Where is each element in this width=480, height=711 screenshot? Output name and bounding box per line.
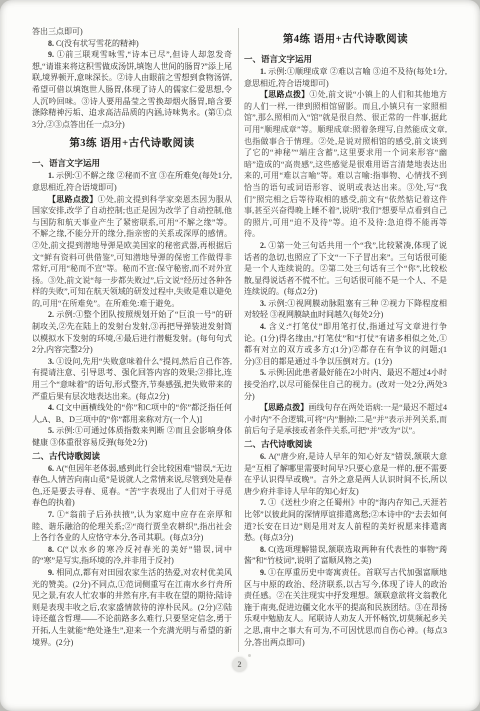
answer-paragraph: 6. A(“唐少府,是诗人早年的知心好友”错误,颔联大意是“互相了解哪里需要时间… [244,451,447,497]
answer-number: 1. [260,67,268,76]
tip-label: 【思路点拨】 [48,195,98,204]
answer-paragraph: 3. 示例:①视网膜动脉阻塞有三种 ②视力下降程度相对较轻 ③视网膜缺血时间越久… [244,298,447,321]
answer-number: 2. [260,241,268,250]
tip-paragraph: 【思路点拨】①处,前文提到科学家栾恩杰因为服从国家安排,改学了自动控制;也正是因… [32,194,232,310]
section-subhead: 二、古代诗歌阅读 [32,450,232,462]
answer-paragraph: 9. 相同点,都有对田园农家生活的热爱,对农村优美风光的赞美。(2分)不同点,①… [32,567,232,648]
answer-paragraph: 7. ①“翁前子后孙扶掖”,认为家庭中应存在亲厚和睦、谐乐融洽的伦理关系;②“商… [32,509,232,544]
answer-number: 4. [48,403,56,412]
answer-number: 8. [48,545,57,554]
answer-number: 5. [48,426,56,435]
answer-number: 1. [48,171,56,180]
answer-paragraph: 2. ①第一处三句话共用一个“我”,比较紧凑,体现了说话者的急切,也照应了下文“… [244,240,447,298]
answer-paragraph: 8. C(没有状写雪花的精神) [32,38,232,50]
answer-paragraph: 4. 含义:“打笔仗”即用笔打仗,指通过写文章进行争论。(1分)得名缘由,“打笔… [244,321,447,367]
answer-paragraph: 5. 示例:因此患者最好能在2小时内、最迟不超过4小时接受治疗,以尽可能保住自己… [244,367,447,402]
practice-heading: 第3练 语用+古代诗歌阅读 [32,137,232,150]
answer-number: 8. [260,545,268,554]
answer-book-page: 答出三点即可)8. C(没有状写雪花的精神)9. ①前三联观雪咏雪,“诗本已尽”… [0,0,480,711]
section-subhead: 一、语言文字运用 [32,157,232,169]
answer-number: 9. [48,50,57,59]
answer-paragraph: 9. ①在厚重历史中寄寓责任。首联写古代加强富顺地区与中原的政治、经济联系,以古… [244,567,447,648]
tip-paragraph: 【思路点拨】①处,前文说“小镇上的人们和其他地方的人们一样,一律到照相馆留影。而… [244,89,447,240]
answer-paragraph: 8. C(选项理解错误,颔联选取两种有代表性的事物“蒟酱”和“竹枝词”,说明了富… [244,544,447,567]
practice-heading: 第4练 语用+古代诗歌阅读 [244,33,447,46]
continuation-paragraph: 答出三点即可) [32,26,232,38]
tip-label: 【思路点拨】 [260,403,308,412]
answer-number: 9. [260,568,268,577]
page-number-badge: 2 [232,657,247,672]
right-column: 第4练 语用+古代诗歌阅读一、语言文字运用1. 示例:①顺理成章 ②难以言喻 ③… [244,26,447,658]
section-subhead: 二、古代诗歌阅读 [244,438,447,450]
answer-number: 6. [48,464,56,473]
answer-number: 9. [48,568,56,577]
left-column: 答出三点即可)8. C(没有状写雪花的精神)9. ①前三联观雪咏雪,“诗本已尽”… [32,26,232,658]
answer-number: 3. [48,357,56,366]
answer-number: 7. [260,498,268,507]
tip-paragraph: 【思路点拨】画线句存在两处语病:一是“最迟不超过4小时内”不合逻辑,可将“内”删… [244,402,447,437]
answer-paragraph: 6. A(“但因年老体弱,感到此行会比较困难”错误,“无边春色,人情苦向南山觅”… [32,463,232,509]
answer-paragraph: 4. C[文中画横线处的“你”和C项中的“你”都泛指任何人,A、B、D三项中的“… [32,402,232,425]
answer-paragraph: 3. ①设问,先用“失败意味着什么”提问,然后自己作答,有提请注意、引导思考、强… [32,356,232,402]
answer-number: 5. [260,368,268,377]
answer-paragraph: 5. 示例:①可通过体质指数来判断 ②而且会影响身体健康 ③体重很容易反弹(每处… [32,425,232,448]
answer-number: 4. [260,322,269,331]
answer-number: 6. [260,452,268,461]
answer-paragraph: 1. 示例:①不解之缘 ②秘而不宣 ③在所难免(每处1分,意思相近,符合语境即可… [32,170,232,193]
answer-number: 7. [48,510,57,519]
two-column-layout: 答出三点即可)8. C(没有状写雪花的精神)9. ①前三联观雪咏雪,“诗本已尽”… [32,26,448,658]
answer-paragraph: 1. 示例:①顺理成章 ②难以言喻 ③迫不及待(每处1分,意思相近,符合语境即可… [244,66,447,89]
answer-paragraph: 9. ①前三联观雪咏雪,“诗本已尽”,但诗人却忽发奇想,“请谁来将这积雪做成汤饼… [32,49,232,130]
answer-paragraph: 8. C(“以水乡的寒冷反衬春光的美好”错误,词中的“寒”是写实,指环境的冷,并… [32,544,232,567]
column-divider [238,28,239,652]
page-number: 2 [238,660,242,669]
answer-number: 2. [48,310,56,319]
section-subhead: 一、语言文字运用 [244,53,447,65]
answer-paragraph: 7. ①《送杜少府之任蜀州》中的“海内存知己,天涯若比邻”以彼此间的深情厚谊排遣… [244,497,447,543]
answer-number: 8. [48,39,56,48]
answer-paragraph: 2. 示例:①整个团队按照规划开始了“巨浪一号”的研制攻关,②先在陆上的发射台发… [32,309,232,355]
answer-number: 3. [260,299,268,308]
tip-label: 【思路点拨】 [260,90,309,99]
